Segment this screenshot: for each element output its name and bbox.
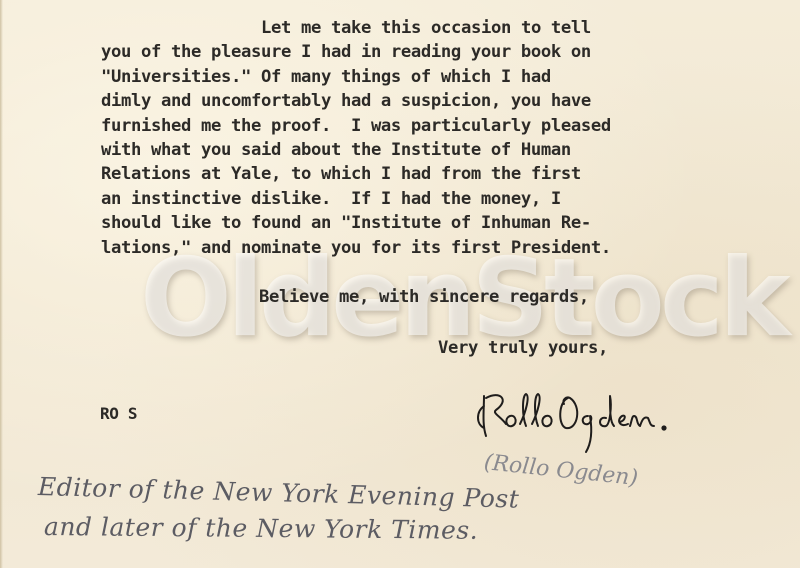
valediction: Very truly yours, bbox=[438, 338, 608, 358]
body-line: "Universities." Of many things of which … bbox=[101, 65, 741, 89]
typist-initials: RO S bbox=[100, 404, 137, 423]
body-line: with what you said about the Institute o… bbox=[101, 138, 741, 162]
body-line: an instinctive dislike. If I had the mon… bbox=[101, 187, 741, 211]
body-line: Relations at Yale, to which I had from t… bbox=[101, 162, 741, 186]
body-line: should like to found an "Institute of In… bbox=[101, 211, 741, 235]
closing-line: Believe me, with sincere regards, bbox=[259, 287, 589, 307]
body-line: Let me take this occasion to tell bbox=[101, 16, 741, 40]
letter-body-paragraph: Let me take this occasion to tell you of… bbox=[101, 16, 741, 260]
body-line: you of the pleasure I had in reading you… bbox=[101, 40, 741, 64]
body-line: furnished me the proof. I was particular… bbox=[101, 114, 741, 138]
body-line: dimly and uncomfortably had a suspicion,… bbox=[101, 89, 741, 113]
handwritten-annotation: (Rollo Ogden) Editor of the New York Eve… bbox=[0, 440, 800, 568]
handwritten-line-2: and later of the New York Times. bbox=[44, 512, 478, 545]
handwritten-line-1: Editor of the New York Evening Post bbox=[38, 472, 520, 514]
body-line: lations," and nominate you for its first… bbox=[101, 236, 741, 260]
